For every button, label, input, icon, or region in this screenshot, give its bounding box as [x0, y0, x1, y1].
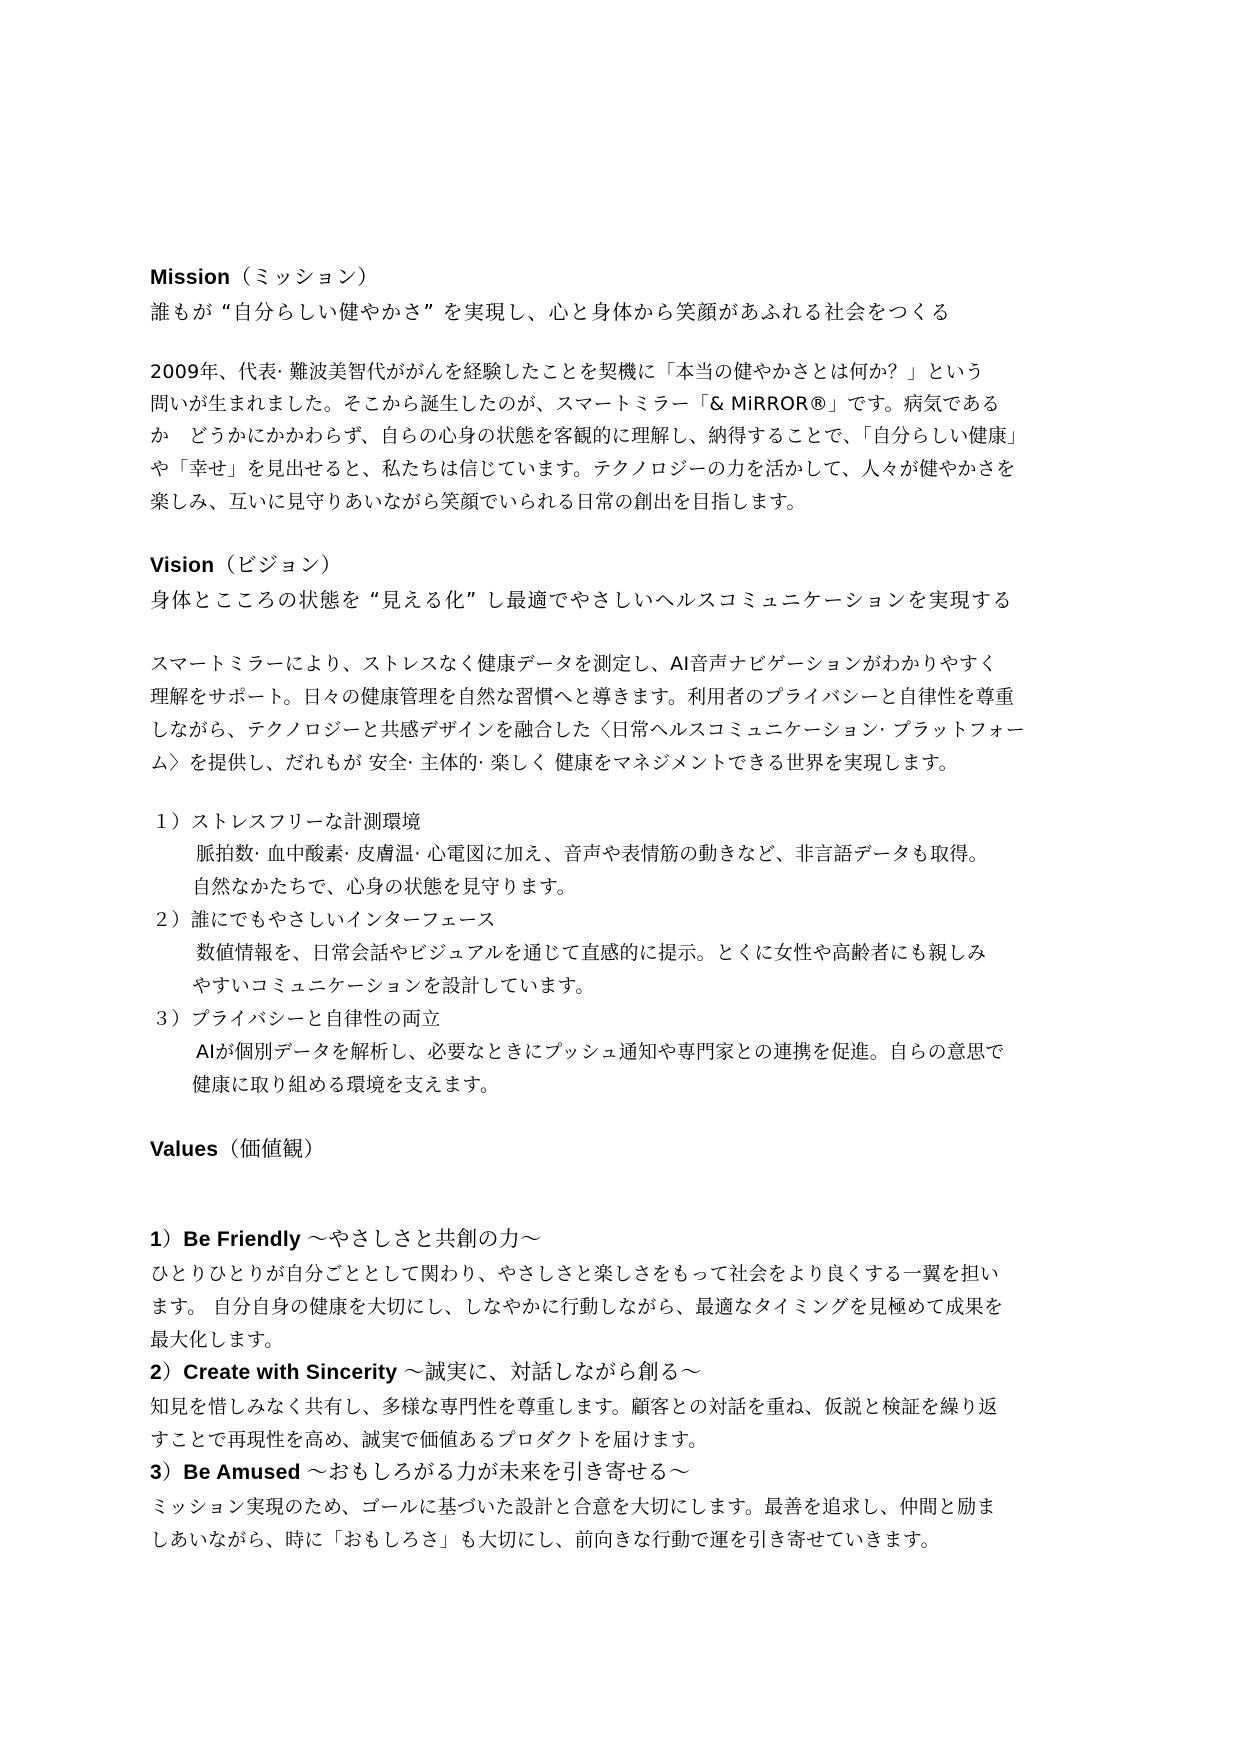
value-item-body: ひとりひとりが自分ごととして関わり、やさしさと楽しさをもって社会をより良くする一…: [150, 1262, 999, 1286]
vision-item-body: 健康に取り組める環境を支えます。: [192, 1073, 499, 1097]
vision-paragraph-line: 理解をサポート。日々の健康管理を自然な習慣へと導きます。利用者のプライバシーと自…: [150, 685, 1014, 709]
vision-item-body: 脈拍数· 血中酸素· 皮膚温· 心電図に加え、音声や表情筋の動きなど、非言語デー…: [196, 842, 988, 866]
value-number: 2: [150, 1361, 162, 1384]
vision-heading-en: Vision: [150, 554, 214, 577]
vision-item-title: ２）誰にでもやさしいインターフェース: [152, 908, 496, 932]
value-title-en: Create with Sincerity: [183, 1361, 397, 1384]
value-item-title: 3）Be Amused 〜おもしろがる力が未来を引き寄せる〜: [150, 1461, 690, 1485]
value-title-ja: 〜誠実に、対話しながら創る〜: [397, 1361, 701, 1384]
value-item-body: ミッション実現のため、ゴールに基づいた設計と合意を大切にします。最善を追求し、仲…: [150, 1495, 996, 1519]
vision-statement: 身体とこころの状態を “見える化” し最適でやさしいヘルスコミュニケーションを実…: [150, 588, 1013, 612]
value-number: 3: [150, 1461, 162, 1484]
mission-paragraph-line: 問いが生まれました。そこから誕生したのが、スマートミラー「& MiRROR®」で…: [150, 392, 1000, 416]
vision-heading-ja: （ビジョン）: [214, 554, 341, 577]
vision-item-body: 自然なかたちで、心身の状態を見守ります。: [192, 875, 576, 899]
vision-paragraph-line: しながら、テクノロジーと共感デザインを融合した〈日常ヘルスコミュニケーション· …: [150, 718, 1025, 742]
mission-paragraph-line: や「幸せ」を見出せると、私たちは信じています。テクノロジーの力を活かして、人々が…: [150, 457, 1015, 481]
vision-item-title: ３）プライバシーと自律性の両立: [152, 1007, 441, 1031]
mission-heading: Mission（ミッション）: [150, 266, 379, 290]
vision-item-body: AIが個別データを解析し、必要なときにプッシュ通知や専門家との連携を促進。自らの…: [196, 1040, 1005, 1064]
value-title-ja: 〜おもしろがる力が未来を引き寄せる〜: [301, 1461, 691, 1484]
vision-item-title: １）ストレスフリーな計測環境: [152, 810, 421, 834]
vision-heading: Vision（ビジョン）: [150, 554, 342, 578]
mission-heading-ja: （ミッション）: [230, 266, 378, 289]
value-item-body: すことで再現性を高め、誠実で価値あるプロダクトを届けます。: [150, 1428, 707, 1452]
values-heading-en: Values: [150, 1138, 218, 1161]
value-title-en: Be Amused: [183, 1461, 300, 1484]
value-title-ja: 〜やさしさと共創の力〜: [301, 1228, 541, 1251]
vision-paragraph-line: スマートミラーにより、ストレスなく健康データを測定し、AI音声ナビゲーションがわ…: [150, 652, 997, 676]
mission-paragraph-line: か どうかにかかわらず、自らの心身の状態を客観的に理解し、納得することで、「自分…: [150, 424, 1026, 448]
vision-paragraph-line: ム〉を提供し、だれもが 安全· 主体的· 楽しく 健康をマネジメントできる世界を…: [150, 751, 958, 775]
vision-item-body: 数値情報を、日常会話やビジュアルを通じて直感的に提示。とくに女性や高齢者にも親し…: [196, 941, 986, 965]
values-heading-ja: （価値観）: [218, 1138, 325, 1161]
mission-heading-en: Mission: [150, 266, 230, 289]
value-item-body: しあいながら、時に「おもしろさ」も大切にし、前向きな行動で運を引き寄せていきます…: [150, 1528, 940, 1552]
values-heading: Values（価値観）: [150, 1138, 325, 1162]
value-item-body: 知見を惜しみなく共有し、多様な専門性を尊重します。顧客との対話を重ね、仮説と検証…: [150, 1395, 998, 1419]
value-number: 1: [150, 1228, 162, 1251]
vision-item-body: やすいコミュニケーションを設計しています。: [192, 974, 595, 998]
value-title-en: Be Friendly: [183, 1228, 301, 1251]
value-item-body: ます。 自分自身の健康を大切にし、しなやかに行動しながら、最適なタイミングを見極…: [150, 1295, 1003, 1319]
mission-statement: 誰もが “自分らしい健やかさ” を実現し、心と身体から笑顔があふれる社会をつくる: [150, 300, 951, 324]
value-item-body: 最大化します。: [150, 1328, 284, 1352]
value-item-title: 2）Create with Sincerity 〜誠実に、対話しながら創る〜: [150, 1361, 702, 1385]
mission-paragraph-line: 2009年、代表· 難波美智代ががんを経験したことを契機に「本当の健やかさとは何…: [150, 360, 984, 384]
mission-paragraph-line: 楽しみ、互いに見守りあいながら笑顔でいられる日常の創出を目指します。: [150, 490, 806, 514]
value-item-title: 1）Be Friendly 〜やさしさと共創の力〜: [150, 1228, 541, 1252]
